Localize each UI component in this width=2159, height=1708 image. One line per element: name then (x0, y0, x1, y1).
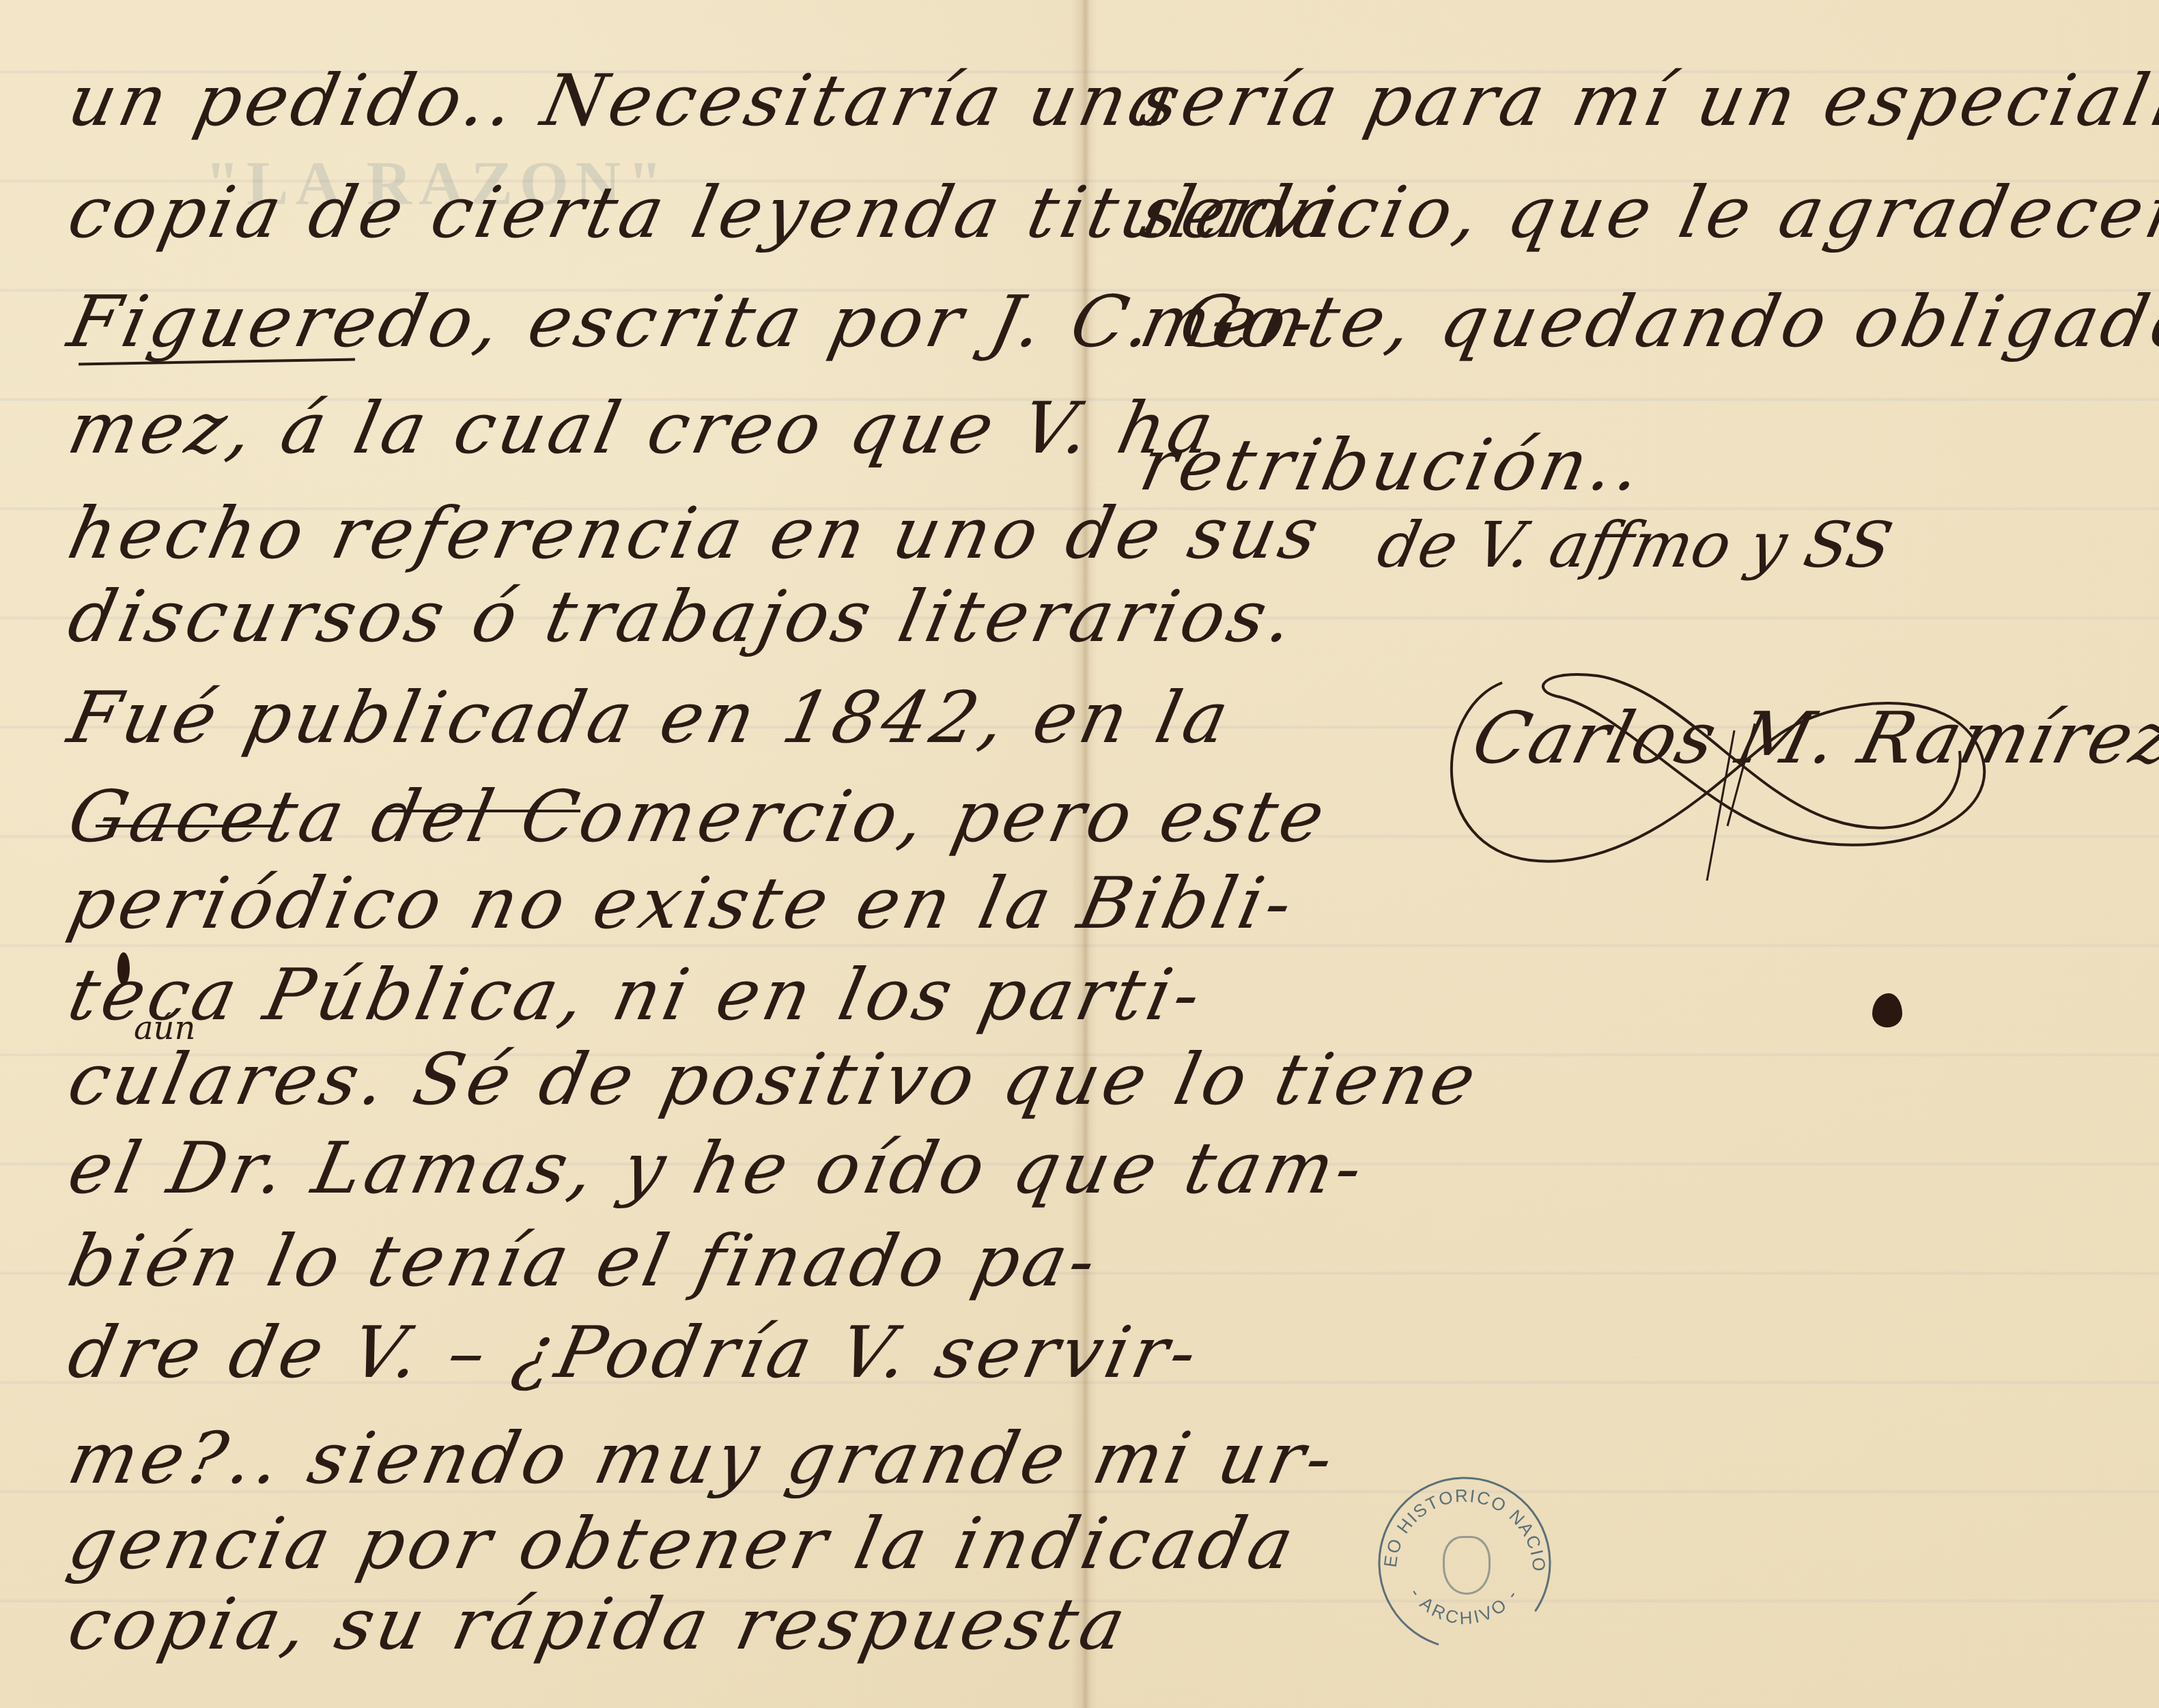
scanned-letter: "LA RAZON" un pedido.. Necesitaría una c… (0, 0, 2159, 1708)
left-line-17: copia, su rápida respuesta (61, 1582, 1136, 1666)
left-line-14: dre de V. – ¿Podría V. servir- (61, 1311, 1208, 1394)
left-line-4: mez, á la cual creo que V. ha (61, 386, 1224, 470)
closing-salutation: de V. affmo y SS (1372, 509, 1899, 582)
left-line-10: teca Pública, ni en los parti- (61, 953, 1212, 1036)
right-line-1: sería para mí un especialísimo (1133, 59, 2159, 142)
right-line-2: servicio, que le agradeceré cordial- (1133, 171, 2159, 254)
right-line-4: retribución.. (1133, 423, 1653, 507)
underline-gaceta (96, 825, 273, 827)
signature-text: Carlos M. Ramírez (1465, 696, 2159, 780)
right-page: sería para mí un especialísimo servicio,… (1086, 0, 2159, 1708)
left-line-13: bién lo tenía el finado pa- (61, 1219, 1107, 1303)
coat-of-arms-icon (1443, 1536, 1491, 1595)
ink-blot (117, 952, 130, 985)
left-line-7: Fué publicada en 1842, en la (61, 676, 1239, 759)
underline-comercio (382, 810, 580, 812)
archive-stamp: MUSEO HISTORICO NACIONAL - ARCHIVO - (1372, 1468, 1557, 1652)
left-line-1: un pedido.. Necesitaría una (61, 59, 1185, 142)
ink-blot (1872, 993, 1902, 1027)
left-page: un pedido.. Necesitaría una copia de cie… (0, 0, 1086, 1708)
signature: Carlos M. Ramírez (1420, 655, 2021, 881)
right-line-3: mente, quedando obligado á la (1133, 280, 2159, 363)
